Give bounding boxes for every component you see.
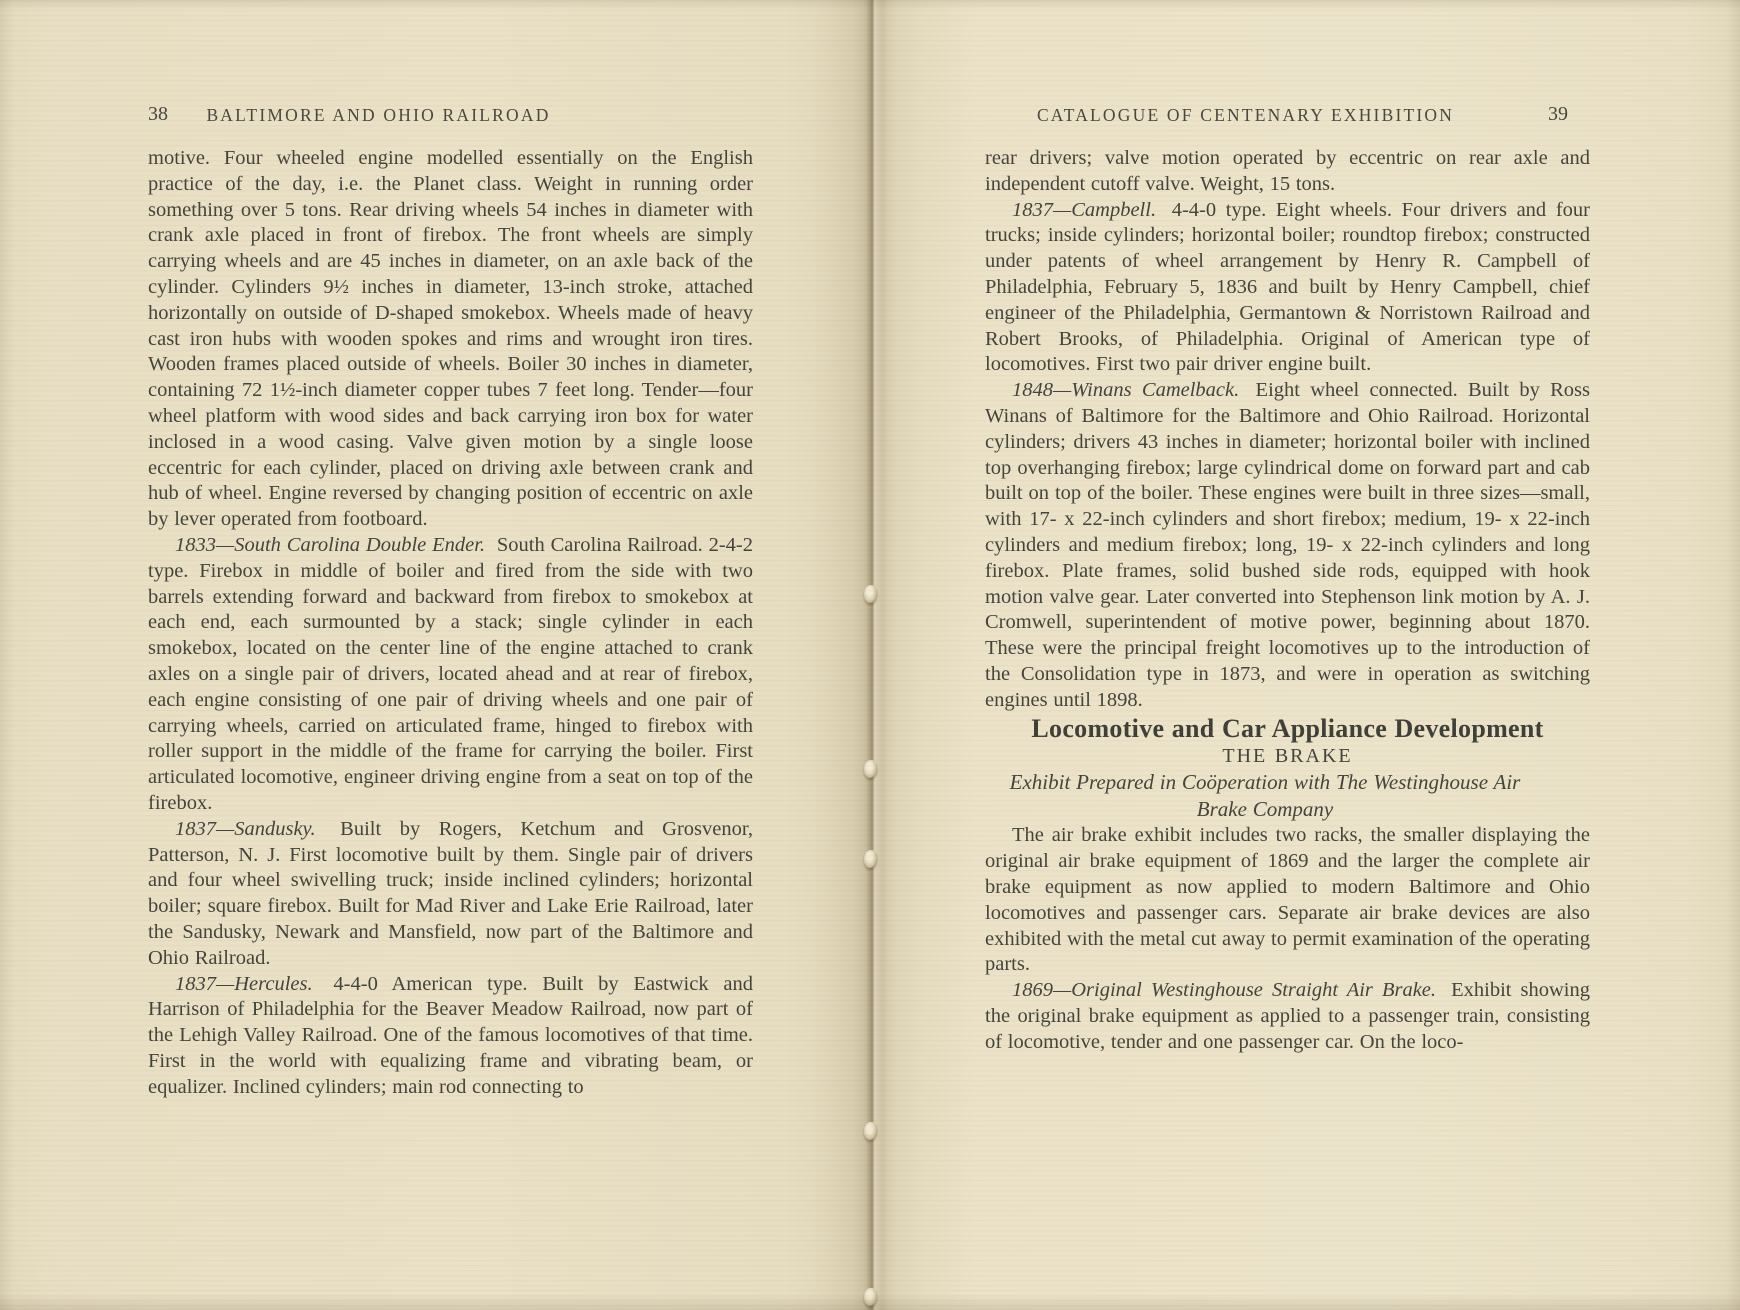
paragraph-entry-westinghouse-brake: 1869—Original Westinghouse Straight Air … [985, 978, 1590, 1055]
entry-lead: 1833—South Carolina Double Ender. [175, 534, 485, 556]
paragraph-air-brake-intro: The air brake exhibit includes two racks… [985, 823, 1590, 978]
paragraph-continuation: rear drivers; valve motion operated by e… [985, 146, 1590, 198]
paragraph-entry-campbell: 1837—Campbell. 4-4-0 type. Eight wheels.… [985, 198, 1590, 379]
entry-text: 4-4-0 type. Eight wheels. Four drivers a… [985, 199, 1590, 376]
entry-text: Built by Rogers, Ketchum and Grosvenor, … [148, 818, 753, 969]
entry-lead: 1837—Campbell. [1012, 199, 1156, 221]
entry-lead: 1848—Winans Camelback. [1012, 379, 1239, 401]
entry-lead: 1869—Original Westinghouse Straight Air … [1012, 979, 1436, 1001]
paragraph-entry-south-carolina: 1833—South Carolina Double Ender. South … [148, 533, 753, 817]
paragraph-entry-winans-camelback: 1848—Winans Camelback. Eight wheel conne… [985, 378, 1590, 713]
running-header-right: CATALOGUE OF CENTENARY EXHIBITION 39 [985, 103, 1590, 131]
entry-lead: 1837—Sandusky. [175, 818, 316, 840]
entry-lead: 1837—Hercules. [175, 973, 313, 995]
running-title-left: BALTIMORE AND OHIO RAILROAD [76, 105, 681, 126]
book-spread: 38 BALTIMORE AND OHIO RAILROAD CATALOGUE… [0, 0, 1740, 1310]
running-header-left: 38 BALTIMORE AND OHIO RAILROAD [148, 103, 753, 131]
running-title-right: CATALOGUE OF CENTENARY EXHIBITION [943, 105, 1548, 126]
section-subheading: THE BRAKE [985, 744, 1590, 770]
text-column-left: motive. Four wheeled engine modelled ess… [148, 146, 753, 1100]
section-heading: Locomotive and Car Appliance Development [985, 714, 1590, 744]
paragraph-entry-sandusky: 1837—Sandusky. Built by Rogers, Ketchum … [148, 817, 753, 972]
page-number-right: 39 [1548, 103, 1568, 126]
text-column-right: rear drivers; valve motion operated by e… [985, 146, 1590, 1056]
paragraph-continuation: motive. Four wheeled engine modelled ess… [148, 146, 753, 533]
paragraph-entry-hercules: 1837—Hercules. 4-4-0 American type. Buil… [148, 972, 753, 1101]
entry-text: South Carolina Railroad. 2-4-2 type. Fir… [148, 534, 753, 814]
entry-text: Eight wheel connected. Built by Ross Win… [985, 379, 1590, 711]
section-subtitle: Exhibit Prepared in Coöperation with The… [985, 769, 1545, 823]
